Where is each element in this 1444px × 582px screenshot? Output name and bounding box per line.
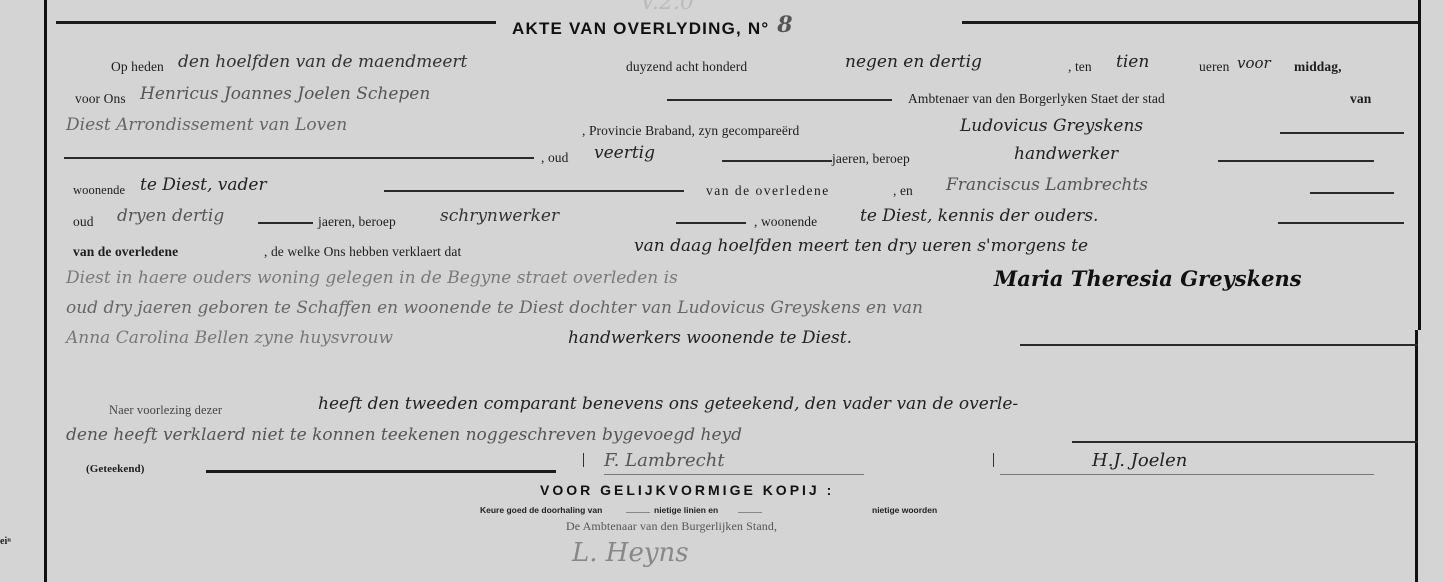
line12-rule xyxy=(1072,441,1418,443)
signature-rule-left xyxy=(206,470,556,473)
signature-lambrecht: F. Lambrecht xyxy=(604,450,725,471)
title-rule-left xyxy=(56,21,496,24)
line3-place-hand: Diest Arrondissement van Loven xyxy=(66,115,347,135)
signature-separator-1 xyxy=(583,453,584,467)
copy-note-blank-1 xyxy=(626,512,650,513)
geteekend-label: (Geteekend) xyxy=(86,463,145,475)
line2-ambtenaer: Ambtenaer van den Borgerlyken Staet der … xyxy=(908,91,1165,107)
deceased-name: Maria Theresia Greyskens xyxy=(994,266,1302,291)
title-rule-right xyxy=(962,21,1418,24)
line5-rule-right xyxy=(1310,192,1394,194)
signature-separator-2 xyxy=(993,453,994,467)
copy-note-3: nietige woorden xyxy=(872,505,937,515)
line5-woonende: woonende xyxy=(73,183,125,198)
line4-jaeren: jaeren, beroep xyxy=(832,151,910,167)
line1-voor-hand: voor xyxy=(1237,54,1271,72)
right-border-line xyxy=(1418,0,1421,330)
copy-official-title: De Ambtenaar van den Burgerlijken Stand, xyxy=(566,519,777,534)
line4-age-hand: veertig xyxy=(594,143,655,163)
line11-naer-voorlezing: Naer voorlezing dezer xyxy=(109,403,222,418)
document-title: AKTE VAN OVERLYDING, N° 8 xyxy=(512,14,794,40)
line3-comparant-name: Ludovicus Greyskens xyxy=(960,116,1143,136)
copy-official-signature: L. Heyns xyxy=(572,538,689,568)
line4-rule-left xyxy=(64,157,534,159)
line6-rule-c xyxy=(1278,222,1404,224)
left-margin-note: eiⁿ xyxy=(0,536,11,547)
civil-death-record-page: V.2.0 AKTE VAN OVERLYDING, N° 8 Op heden… xyxy=(0,0,1444,582)
line11-signing-hand: heeft den tweeden comparant benevens ons… xyxy=(318,394,1018,414)
signature-rule-mid xyxy=(604,474,864,475)
line8-place-hand: Diest in haere ouders woning gelegen in … xyxy=(66,268,678,288)
line4-oud: , oud xyxy=(541,150,569,166)
line5-residence-hand: te Diest, vader xyxy=(140,175,267,195)
signature-rule-right xyxy=(1000,474,1374,475)
line4-rule-mid xyxy=(722,160,832,162)
line6-residence-hand: te Diest, kennis der ouders. xyxy=(860,206,1098,226)
left-border-line xyxy=(44,0,47,582)
line4-occupation-hand: handwerker xyxy=(1014,144,1118,164)
line5-rule xyxy=(384,190,684,192)
line5-en: , en xyxy=(893,183,913,199)
line6-oud: oud xyxy=(73,214,94,230)
line4-rule-right xyxy=(1218,160,1374,162)
line2-van: van xyxy=(1350,91,1371,107)
van-text: van xyxy=(1350,91,1371,106)
van-de-overledene-text: van de overledene xyxy=(73,244,178,259)
line1-date-hand: den hoelfden van de maendmeert xyxy=(178,52,467,72)
line2-voor-ons: voor Ons xyxy=(75,91,126,107)
line5-witness-name: Franciscus Lambrechts xyxy=(946,175,1148,195)
line12-note-hand: dene heeft verklaerd niet te konnen teek… xyxy=(66,425,742,445)
line1-hour-hand: tien xyxy=(1116,52,1149,72)
right-border-line-lower xyxy=(1415,330,1418,582)
line5-van-de-overledene: van de overledene xyxy=(706,183,830,199)
line2-rule xyxy=(667,99,892,101)
line9-birth-hand: oud dry jaeren geboren te Schaffen en wo… xyxy=(66,298,923,318)
line2-official-name: Henricus Joannes Joelen Schepen xyxy=(140,84,430,104)
line3-provincie: , Provincie Braband, zyn gecompareërd xyxy=(582,123,799,139)
line6-rule-b xyxy=(676,222,746,224)
line6-rule-a xyxy=(258,222,313,224)
copy-note-1: Keure goed de doorhaling van xyxy=(480,505,602,515)
middag-text: middag, xyxy=(1294,59,1342,74)
top-faint-mark: V.2.0 xyxy=(640,0,694,15)
line3-rule xyxy=(1280,132,1404,134)
record-number: 8 xyxy=(777,12,794,38)
line6-occupation-hand: schrynwerker xyxy=(440,206,559,226)
signature-joelen: H.J. Joelen xyxy=(1092,450,1187,471)
copy-note-2: nietige linien en xyxy=(654,505,718,515)
line1-ueren: ueren xyxy=(1199,59,1229,75)
line6-age-hand: dryen dertig xyxy=(117,206,224,226)
copy-note-blank-2 xyxy=(738,512,762,513)
line7-verklaert: , de welke Ons hebben verklaert dat xyxy=(264,244,461,260)
line1-duyzend: duyzend acht honderd xyxy=(626,59,747,75)
line1-op-heden: Op heden xyxy=(111,59,164,75)
line10-rule xyxy=(1020,344,1418,346)
line1-year-hand: negen en dertig xyxy=(845,52,982,72)
line7-van-de-overledene: van de overledene xyxy=(73,244,178,260)
line1-middag: middag, xyxy=(1294,59,1342,75)
line6-jaeren: jaeren, beroep xyxy=(318,214,396,230)
title-text: AKTE VAN OVERLYDING, N° xyxy=(512,19,769,38)
line6-woonende: , woonende xyxy=(754,214,817,230)
line10-mother-hand: Anna Carolina Bellen zyne huysvrouw xyxy=(66,328,393,348)
line1-ten: , ten xyxy=(1068,59,1092,75)
line7-declaration-hand: van daag hoelfden meert ten dry ueren s'… xyxy=(634,236,1088,256)
line10-parents-hand: handwerkers woonende te Diest. xyxy=(568,328,852,348)
copy-heading: VOOR GELIJKVORMIGE KOPIJ : xyxy=(540,482,834,498)
